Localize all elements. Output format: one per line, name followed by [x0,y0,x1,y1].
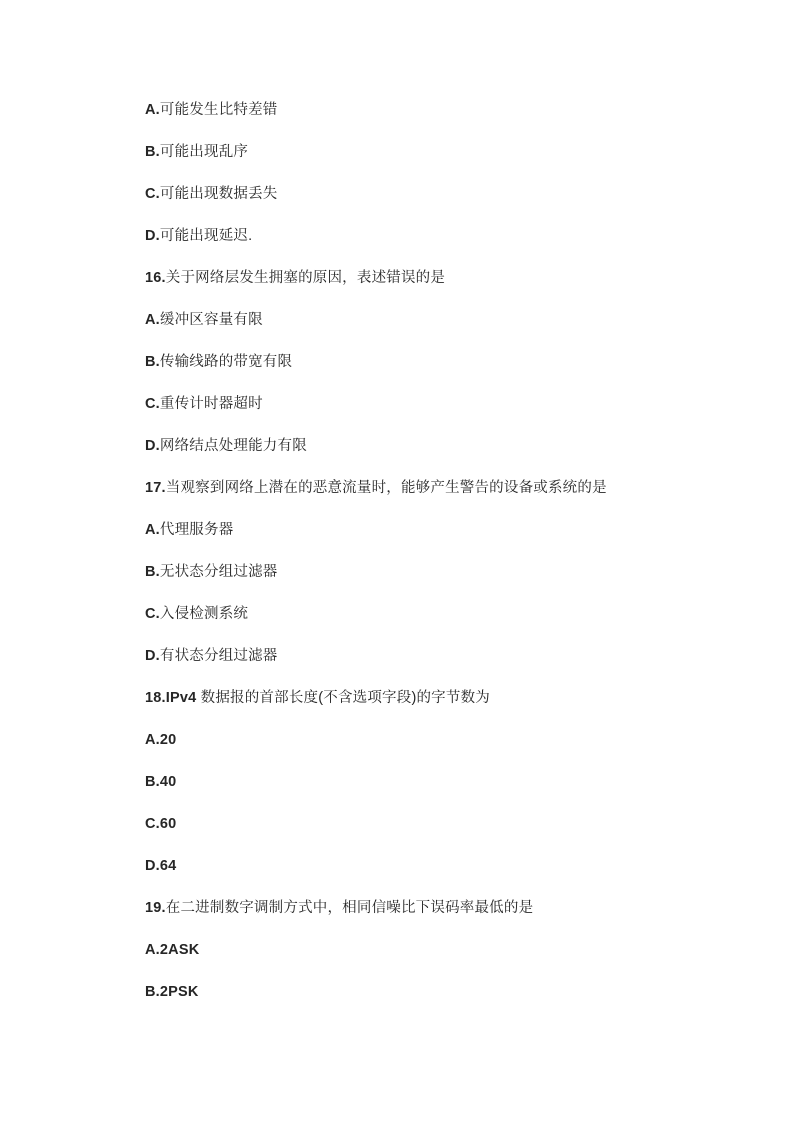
option-label: C. [145,396,160,412]
option-label: A. [145,312,160,328]
q17-option-a: A.代理服务器 [145,509,705,551]
question-number: 17. [145,480,166,496]
question-list: A.可能发生比特差错 B.可能出现乱序 C.可能出现数据丢失 D.可能出现延迟.… [145,89,705,1013]
option-text: 有状态分组过滤器 [160,648,278,664]
option-label: C. [145,606,160,622]
question-text: 当观察到网络上潜在的恶意流量时，能够产生警告的设备或系统的是 [166,480,607,496]
option-label: C. [145,186,160,202]
q16-option-b: B.传输线路的带宽有限 [145,341,705,383]
option-text: 网络结点处理能力有限 [160,438,307,454]
option-label: B. [145,354,160,370]
option-text: 代理服务器 [160,522,234,538]
q15-option-d: D.可能出现延迟. [145,215,705,257]
q18-option-c: C.60 [145,803,705,845]
question-text: 数据报的首部长度(不含选项字段)的字节数为 [201,690,490,706]
q15-option-a: A.可能发生比特差错 [145,89,705,131]
option-label: C.60 [145,816,176,832]
option-label: B. [145,144,160,160]
q18-option-d: D.64 [145,845,705,887]
option-text: 缓冲区容量有限 [160,312,263,328]
q18-option-a: A.20 [145,719,705,761]
option-text: 可能出现数据丢失 [160,186,278,202]
q17-option-d: D.有状态分组过滤器 [145,635,705,677]
option-label: A.20 [145,732,176,748]
question-17: 17.当观察到网络上潜在的恶意流量时，能够产生警告的设备或系统的是 [145,467,705,509]
q16-option-a: A.缓冲区容量有限 [145,299,705,341]
question-number: 19. [145,900,166,916]
question-number: 16. [145,270,166,286]
option-text: 无状态分组过滤器 [160,564,278,580]
option-text: 入侵检测系统 [160,606,248,622]
option-text: 传输线路的带宽有限 [160,354,292,370]
q17-option-b: B.无状态分组过滤器 [145,551,705,593]
q17-option-c: C.入侵检测系统 [145,593,705,635]
q16-option-d: D.网络结点处理能力有限 [145,425,705,467]
document-page: A.可能发生比特差错 B.可能出现乱序 C.可能出现数据丢失 D.可能出现延迟.… [0,0,794,1123]
option-label: D.64 [145,858,176,874]
option-label: D. [145,648,160,664]
option-text: 可能发生比特差错 [160,102,278,118]
question-text: 关于网络层发生拥塞的原因，表述错误的是 [166,270,445,286]
q19-option-b: B.2PSK [145,971,705,1013]
q15-option-c: C.可能出现数据丢失 [145,173,705,215]
option-text: 重传计时器超时 [160,396,263,412]
question-text: 在二进制数字调制方式中，相同信噪比下误码率最低的是 [166,900,534,916]
q16-option-c: C.重传计时器超时 [145,383,705,425]
question-number: 18.IPv4 [145,690,201,706]
option-label: B.40 [145,774,176,790]
question-16: 16.关于网络层发生拥塞的原因，表述错误的是 [145,257,705,299]
option-text: 可能出现乱序 [160,144,248,160]
option-label: A. [145,522,160,538]
option-label: D. [145,438,160,454]
option-label: B.2PSK [145,984,199,1000]
option-label: D. [145,228,160,244]
q18-option-b: B.40 [145,761,705,803]
option-text: 可能出现延迟. [160,228,252,244]
question-18: 18.IPv4 数据报的首部长度(不含选项字段)的字节数为 [145,677,705,719]
question-19: 19.在二进制数字调制方式中，相同信噪比下误码率最低的是 [145,887,705,929]
option-label: B. [145,564,160,580]
q19-option-a: A.2ASK [145,929,705,971]
option-label: A.2ASK [145,942,199,958]
q15-option-b: B.可能出现乱序 [145,131,705,173]
option-label: A. [145,102,160,118]
